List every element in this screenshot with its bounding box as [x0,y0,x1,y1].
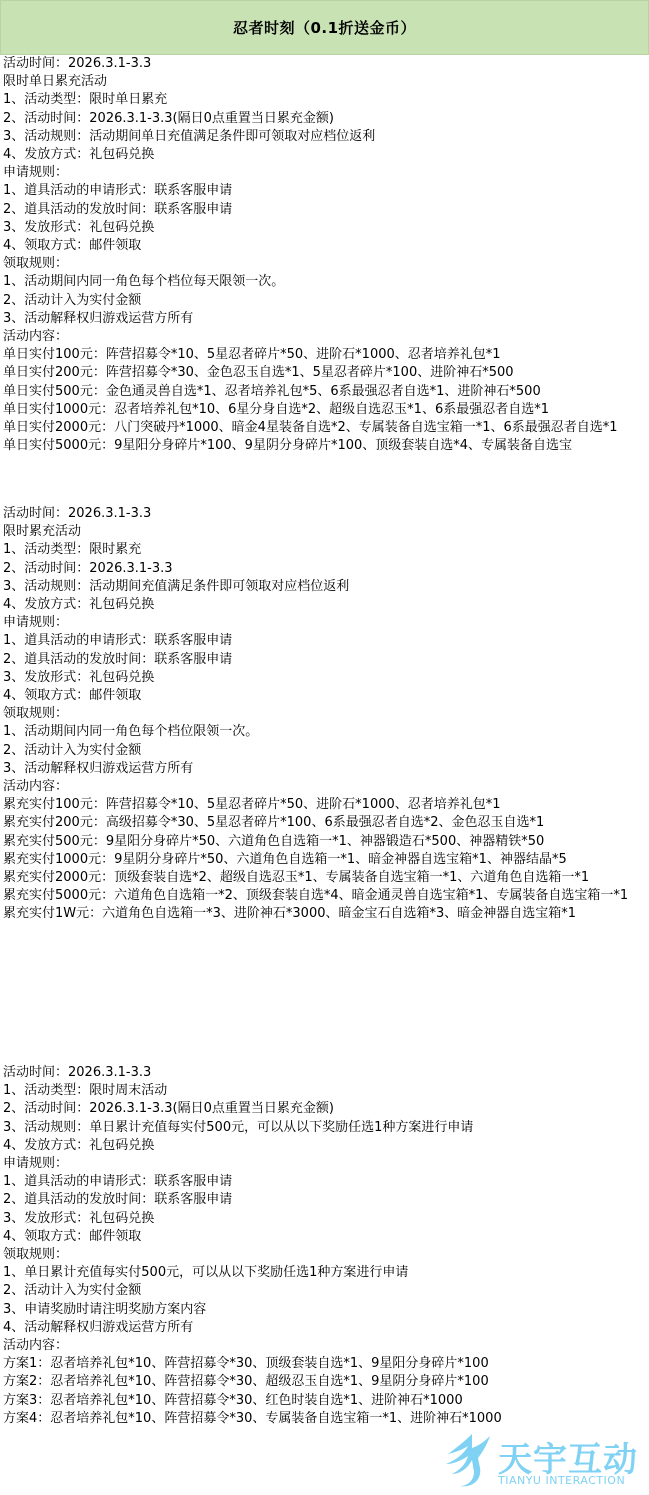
text-line: 累充实付500元：9星阳分身碎片*50、六道角色自选箱一*1、神器锻造石*500… [3,833,643,851]
text-line: 累充实付1W元：六道角色自选箱一*3、进阶神石*3000、暗金宝石自选箱*3、暗… [3,905,643,923]
section-daily-recharge: 活动时间：2026.3.1-3.3限时单日累充活动1、活动类型：限时单日累充2、… [3,55,643,455]
text-line: 单日实付100元：阵营招募令*10、5星忍者碎片*50、进阶石*1000、忍者培… [3,346,643,364]
text-line: 4、领取方式：邮件领取 [3,1228,643,1246]
text-line: 方案2：忍者培养礼包*10、阵营招募令*30、超级忍玉自选*1、9星阴分身碎片*… [3,1373,643,1391]
text-line: 限时单日累充活动 [3,73,643,91]
text-line: 2、道具活动的发放时间：联系客服申请 [3,201,643,219]
text-line: 4、发放方式：礼包码兑换 [3,146,643,164]
text-line: 单日实付500元：金色通灵兽自选*1、忍者培养礼包*5、6系最强忍者自选*1、进… [3,383,643,401]
text-line: 4、发放方式：礼包码兑换 [3,1137,643,1155]
text-line: 累充实付1000元：9星阴分身碎片*50、六道角色自选箱一*1、暗金神器自选宝箱… [3,851,643,869]
text-line: 2、活动时间：2026.3.1-3.3 [3,560,643,578]
text-line: 3、活动规则：活动期间单日充值满足条件即可领取对应档位返利 [3,128,643,146]
section-cumulative-recharge: 活动时间：2026.3.1-3.3限时累充活动1、活动类型：限时累充2、活动时间… [3,505,643,924]
text-line: 1、活动期间内同一角色每个档位每天限领一次。 [3,273,643,291]
text-line: 限时累充活动 [3,523,643,541]
text-line: 3、活动规则：活动期间充值满足条件即可领取对应档位返利 [3,578,643,596]
text-line: 1、活动期间内同一角色每个档位限领一次。 [3,723,643,741]
text-line: 2、活动时间：2026.3.1-3.3(隔日0点重置当日累充金额) [3,1100,643,1118]
text-line: 单日实付1000元：忍者培养礼包*10、6星分身自选*2、超级自选忍玉*1、6系… [3,401,643,419]
text-line: 2、活动计入为实付金额 [3,292,643,310]
text-line: 4、发放方式：礼包码兑换 [3,596,643,614]
text-line: 单日实付200元：阵营招募令*30、金色忍玉自选*1、5星忍者碎片*100、进阶… [3,364,643,382]
text-line: 1、活动类型：限时周末活动 [3,1082,643,1100]
text-line: 4、活动解释权归游戏运营方所有 [3,1319,643,1337]
logo-name-en: TIANYU INTERACTION [498,1474,625,1487]
text-line: 3、发放形式：礼包码兑换 [3,1210,643,1228]
text-line: 2、活动计入为实付金额 [3,742,643,760]
text-line: 2、道具活动的发放时间：联系客服申请 [3,651,643,669]
text-line: 领取规则： [3,1246,643,1264]
text-line: 1、道具活动的申请形式：联系客服申请 [3,182,643,200]
text-line: 活动时间：2026.3.1-3.3 [3,505,643,523]
text-line: 3、活动解释权归游戏运营方所有 [3,310,643,328]
text-line: 1、道具活动的申请形式：联系客服申请 [3,632,643,650]
text-line: 1、道具活动的申请形式：联系客服申请 [3,1173,643,1191]
text-line: 领取规则： [3,255,643,273]
text-line: 2、活动计入为实付金额 [3,1282,643,1300]
text-line: 1、活动类型：限时单日累充 [3,91,643,109]
wing-logo-icon [438,1432,494,1488]
text-line: 4、领取方式：邮件领取 [3,237,643,255]
text-line: 累充实付5000元：六道角色自选箱一*2、顶级套装自选*4、暗金通灵兽自选宝箱*… [3,887,643,905]
section-weekend-activity: 活动时间：2026.3.1-3.31、活动类型：限时周末活动2、活动时间：202… [3,1064,643,1428]
text-line: 方案3：忍者培养礼包*10、阵营招募令*30、红色时装自选*1、进阶神石*100… [3,1392,643,1410]
text-line: 1、活动类型：限时累充 [3,541,643,559]
text-line: 单日实付5000元：9星阳分身碎片*100、9星阴分身碎片*100、顶级套装自选… [3,437,643,455]
text-line: 1、单日累计充值每实付500元，可以从以下奖励任选1种方案进行申请 [3,1264,643,1282]
text-line: 活动内容： [3,778,643,796]
text-line: 单日实付2000元：八门突破丹*1000、暗金4星装备自选*2、专属装备自选宝箱… [3,419,643,437]
text-line: 领取规则： [3,705,643,723]
text-line: 累充实付200元：高级招募令*30、5星忍者碎片*100、6系最强忍者自选*2、… [3,814,643,832]
text-line: 方案1：忍者培养礼包*10、阵营招募令*30、顶级套装自选*1、9星阳分身碎片*… [3,1355,643,1373]
text-line: 2、道具活动的发放时间：联系客服申请 [3,1191,643,1209]
text-line: 3、活动解释权归游戏运营方所有 [3,760,643,778]
brand-logo: 天宇互动 TIANYU INTERACTION [438,1430,643,1492]
text-line: 申请规则： [3,614,643,632]
text-line: 活动内容： [3,328,643,346]
text-line: 申请规则： [3,1155,643,1173]
text-line: 活动内容： [3,1337,643,1355]
text-line: 活动时间：2026.3.1-3.3 [3,55,643,73]
text-line: 3、活动规则：单日累计充值每实付500元，可以从以下奖励任选1种方案进行申请 [3,1119,643,1137]
page-title: 忍者时刻（0.1折送金币） [233,17,416,38]
page-header: 忍者时刻（0.1折送金币） [0,0,649,55]
text-line: 活动时间：2026.3.1-3.3 [3,1064,643,1082]
text-line: 3、发放形式：礼包码兑换 [3,219,643,237]
text-line: 3、发放形式：礼包码兑换 [3,669,643,687]
text-line: 累充实付2000元：顶级套装自选*2、超级自选忍玉*1、专属装备自选宝箱一*1、… [3,869,643,887]
text-line: 4、领取方式：邮件领取 [3,687,643,705]
text-line: 2、活动时间：2026.3.1-3.3(隔日0点重置当日累充金额) [3,110,643,128]
text-line: 累充实付100元：阵营招募令*10、5星忍者碎片*50、进阶石*1000、忍者培… [3,796,643,814]
text-line: 3、申请奖励时请注明奖励方案内容 [3,1301,643,1319]
text-line: 方案4：忍者培养礼包*10、阵营招募令*30、专属装备自选宝箱一*1、进阶神石*… [3,1410,643,1428]
text-line: 申请规则： [3,164,643,182]
